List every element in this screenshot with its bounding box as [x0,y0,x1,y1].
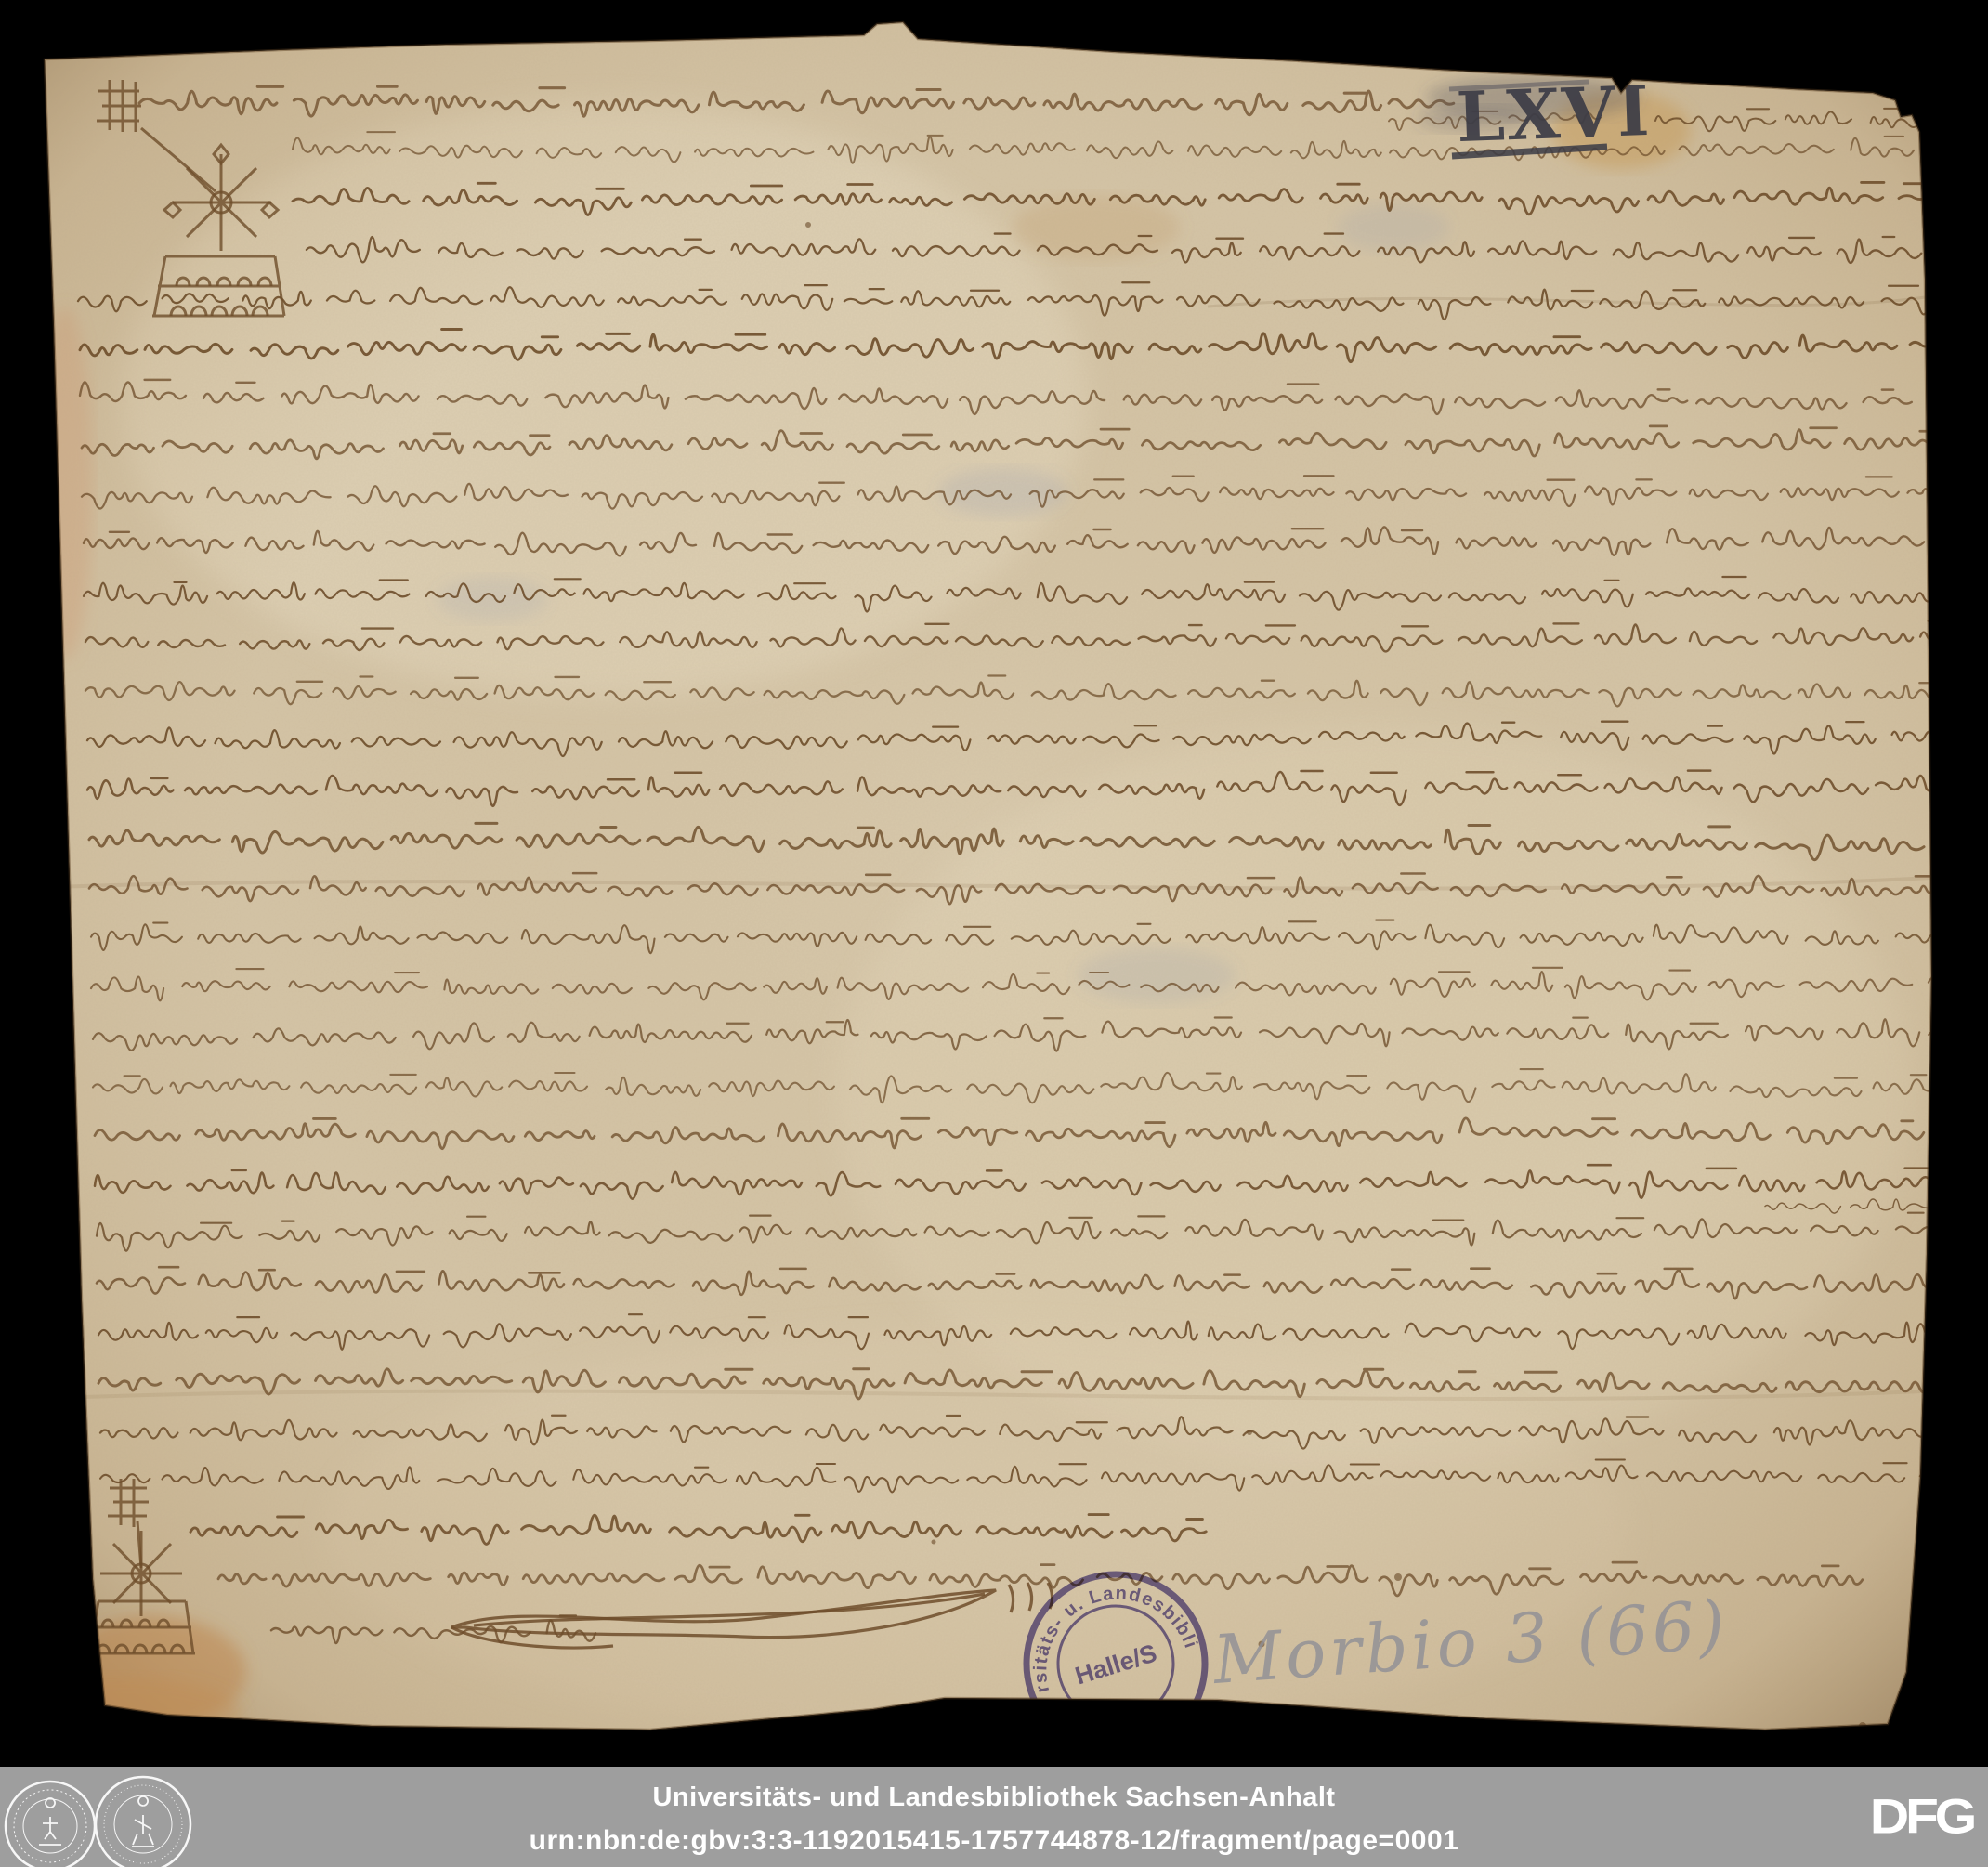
scan-viewport: LXVI Universitäts- u. Landesbibliothek H… [0,0,1988,1867]
parchment-scan-image: LXVI Universitäts- u. Landesbibliothek H… [0,0,1988,1867]
dfg-logo: DFG [1869,1787,1973,1845]
footer-urn: urn:nbn:de:gbv:3:3-1192015415-1757744878… [0,1825,1988,1857]
footer-institution: Universitäts- und Landesbibliothek Sachs… [0,1782,1988,1813]
footer-bar: Universitäts- und Landesbibliothek Sachs… [0,1767,1988,1867]
footer-text-block: Universitäts- und Landesbibliothek Sachs… [0,1767,1988,1857]
